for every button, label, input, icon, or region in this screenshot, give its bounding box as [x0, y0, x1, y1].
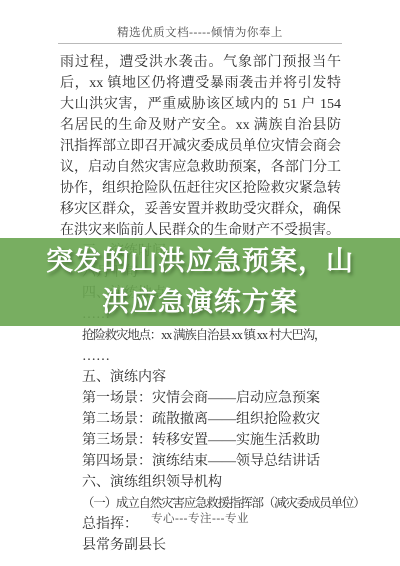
- doc-line: 第四场景：演练结束——领导总结讲话: [60, 451, 341, 472]
- doc-line: （一）成立自然灾害应急救援指挥部（减灾委成员单位）: [60, 493, 341, 514]
- document-page: 精选优质文档-----倾情为你奉上 雨过程，遭受洪水袭击。气象部门预报当午后，x…: [0, 0, 400, 566]
- doc-line: 第一场景：灾情会商——启动应急预案: [60, 388, 341, 409]
- header-divider: [58, 43, 342, 44]
- overlay-title-line-1: 突发的山洪应急预案，山: [0, 241, 400, 282]
- title-overlay-banner: 突发的山洪应急预案，山 洪应急演练方案: [0, 238, 400, 326]
- doc-paragraph: 雨过程，遭受洪水袭击。气象部门预报当午后，xx 镇地区仍将遭受暴雨袭击并将引发特…: [60, 52, 341, 241]
- doc-line: 总指挥：: [60, 514, 341, 535]
- doc-line: 第二场景：疏散撤离——组织抢险救灾: [60, 409, 341, 430]
- doc-line: 五、演练内容: [60, 367, 341, 388]
- doc-line: 第三场景：转移安置——实施生活救助: [60, 430, 341, 451]
- doc-line: 县常务副县长: [60, 535, 341, 556]
- doc-header-note: 精选优质文档-----倾情为你奉上: [0, 24, 400, 40]
- doc-line: ……: [60, 346, 341, 367]
- overlay-title-line-2: 洪应急演练方案: [0, 282, 400, 323]
- doc-line: 六、演练组织领导机构: [60, 472, 341, 493]
- doc-line: 抢险救灾地点：xx 满族自治县 xx 镇 xx 村大巴沟，: [60, 325, 341, 346]
